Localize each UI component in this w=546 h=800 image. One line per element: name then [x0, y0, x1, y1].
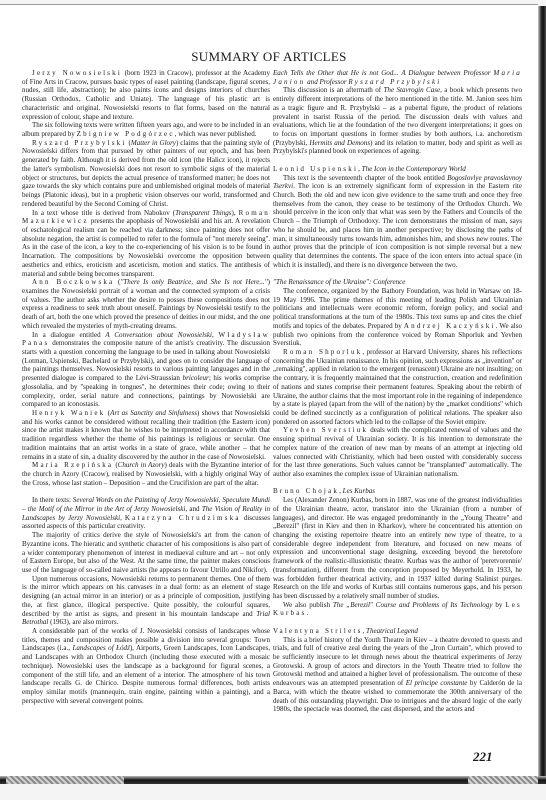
- article-heading: ''The Renaissance of the Ukraine'': Conf…: [273, 278, 522, 287]
- paragraph: Ryszard Przybylski (Matter in Glory) cla…: [22, 139, 270, 209]
- paragraph: Maria Rzepińska (Church in Azory) deals …: [22, 461, 270, 487]
- title-italic: The Icon in the Contemporary World: [362, 165, 466, 173]
- title-italic: Each Tells the Other that He is not God.…: [273, 69, 493, 77]
- section-gap: [273, 479, 522, 488]
- text: The majority of critics derive the style…: [22, 531, 270, 574]
- title-italic: Matter in Glory: [131, 139, 176, 147]
- paragraph: Roman Shporluk, professor at Harvard Uni…: [273, 348, 522, 426]
- page-binding-edge: [538, 6, 546, 784]
- title-italic: Theatrical Legend: [366, 627, 418, 635]
- author-name: Roman Shporluk: [283, 348, 362, 356]
- title-italic: The „Berezil'' Course and Problems of It…: [333, 601, 493, 609]
- paragraph: We also publish The „Berezil'' Course an…: [273, 601, 522, 618]
- paragraph: Ann Boczkowska (''There Is only Beatrice…: [22, 278, 270, 330]
- title-italic: Church in Azory: [118, 461, 165, 469]
- title-italic: Hermits and Demons: [309, 139, 370, 147]
- text: , which was never published.: [175, 130, 257, 138]
- text: We also publish: [283, 601, 333, 609]
- title-italic: Les Kurbas: [343, 487, 375, 495]
- author-name: Ann Boczkowska: [32, 278, 114, 286]
- paragraph: In a text whose title is derived from Na…: [22, 209, 270, 279]
- text: In a text whose title is derived from Na…: [32, 209, 175, 217]
- article-heading: Valentyna Strilets, Theatrical Legend: [273, 627, 522, 636]
- text: , professor at Harvard University, share…: [273, 348, 522, 426]
- author-name: Henryk Waniek: [32, 409, 105, 417]
- page-title: SUMMARY OF ARTICLES: [0, 49, 538, 65]
- text: Les (Alexander Zenon) Kurbas, born in 18…: [273, 496, 522, 600]
- paragraph: This discussion is an aftermath of The S…: [273, 86, 522, 156]
- text: (1963), are also mirrors.: [48, 618, 118, 626]
- text: by: [492, 601, 505, 609]
- text: .: [307, 609, 309, 617]
- text: presents the apophasis of Nowosielski an…: [22, 217, 270, 277]
- paragraph: This is a brief history of the Youth The…: [273, 636, 522, 714]
- text: This text is the seventeenth chapter of …: [283, 174, 447, 182]
- text: ) examines the Nowosielski portrait of a…: [22, 278, 270, 330]
- paragraph: In there texts: Several Words on the Pai…: [22, 496, 270, 531]
- title-italic: bricoleur: [183, 374, 209, 382]
- section-gap: [22, 488, 270, 497]
- article-heading: Bruno Chojak, Les Kurbas: [273, 487, 522, 496]
- left-column: Jerzy Nowosielski (born 1923 in Cracow),…: [22, 69, 270, 705]
- text: ),: [232, 209, 239, 217]
- paragraph: The majority of critics derive the style…: [22, 531, 270, 575]
- title-italic: El príncipe constante: [406, 679, 468, 687]
- article-heading: Each Tells the Other that He is not God.…: [273, 69, 522, 86]
- text: . The icon is an extremely significant f…: [273, 182, 522, 268]
- scan-artifact: [6, 776, 124, 784]
- text: , and: [185, 505, 202, 513]
- author-name: Ryszard Przybylski: [32, 139, 127, 147]
- text: (born 1923 in Cracow), professor at the …: [22, 69, 270, 121]
- paragraph: Jerzy Nowosielski (born 1923 in Cracow),…: [22, 69, 270, 121]
- scan-artifact: [468, 776, 538, 784]
- paragraph: The conference, organized by the Bathory…: [273, 287, 522, 348]
- paragraph: A considerable part of the works of J. N…: [22, 627, 270, 705]
- right-column: Each Tells the Other that He is not God.…: [273, 69, 522, 714]
- section-gap: [273, 618, 522, 627]
- page-bottom-edge: [0, 776, 546, 784]
- author-name: Zbigniew Podgórzec: [77, 130, 175, 138]
- paragraph: In a dialogue entitled A Conversation ab…: [22, 331, 270, 409]
- title-italic: ''There Is only Beatrice, and She Is not…: [120, 278, 267, 286]
- page-number: 221: [473, 749, 493, 765]
- paragraph: Les (Alexander Zenon) Kurbas, born in 18…: [273, 496, 522, 601]
- paragraph: The six following texts were written fif…: [22, 121, 270, 138]
- author-name: Leonid Uspienski: [273, 165, 358, 173]
- document-page: SUMMARY OF ARTICLES Jerzy Nowosielski (b…: [0, 4, 538, 777]
- text: , a book which presents two entirely dif…: [273, 86, 522, 146]
- text: This discussion is an aftermath of: [283, 86, 384, 94]
- title-italic: The Stavrogin Case: [384, 86, 441, 94]
- author-name: Maria Rzepińska: [32, 461, 113, 469]
- title-italic: Transparent Things: [175, 209, 231, 217]
- section-gap: [273, 156, 522, 165]
- paragraph: This text is the seventeenth chapter of …: [273, 174, 522, 270]
- author-name: Katarzyna Chrudzimska: [125, 514, 241, 522]
- title-italic: Art as Sanctity and Sinfulness: [110, 409, 197, 417]
- author-name: Bruno Chojak: [273, 487, 339, 495]
- section-gap: [273, 270, 522, 279]
- text: ) claims that the painting style of Nowo…: [22, 139, 270, 208]
- article-heading: Leonid Uspienski, The Icon in the Contem…: [273, 165, 522, 174]
- author-name: Jerzy Nowosielski: [32, 69, 122, 77]
- text: deals with the complicated renewal of va…: [273, 426, 522, 478]
- author-name: Ryszard Przybylski: [348, 78, 441, 86]
- paragraph: Henryk Waniek (Art as Sanctity and Sinfu…: [22, 409, 270, 461]
- text: ) shows that Nowosielski and his works c…: [22, 409, 270, 461]
- title-italic: A Conversation about Nowosielski: [105, 331, 212, 339]
- paragraph: Upon numerous occasions, Nowosielski ret…: [22, 575, 270, 627]
- text: ), Airports, Green Landscapes, Icon Land…: [22, 644, 270, 704]
- paragraph: Yevhen Sverstiuk deals with the complica…: [273, 426, 522, 478]
- title-italic: Landscapes of Łódź: [72, 644, 129, 652]
- title-italic: ''The Renaissance of the Ukraine'': Conf…: [273, 278, 405, 286]
- author-name: Andrzej Kaczyński: [404, 322, 496, 330]
- title-italic: and Professor: [305, 78, 348, 86]
- text: Upon numerous occasions, Nowosielski ret…: [22, 575, 270, 618]
- author-name: Valentyna Strilets: [273, 627, 363, 635]
- author-name: Yevhen Sverstiuk: [283, 426, 368, 434]
- text: In a dialogue entitled: [32, 331, 105, 339]
- text: In there texts:: [32, 496, 73, 504]
